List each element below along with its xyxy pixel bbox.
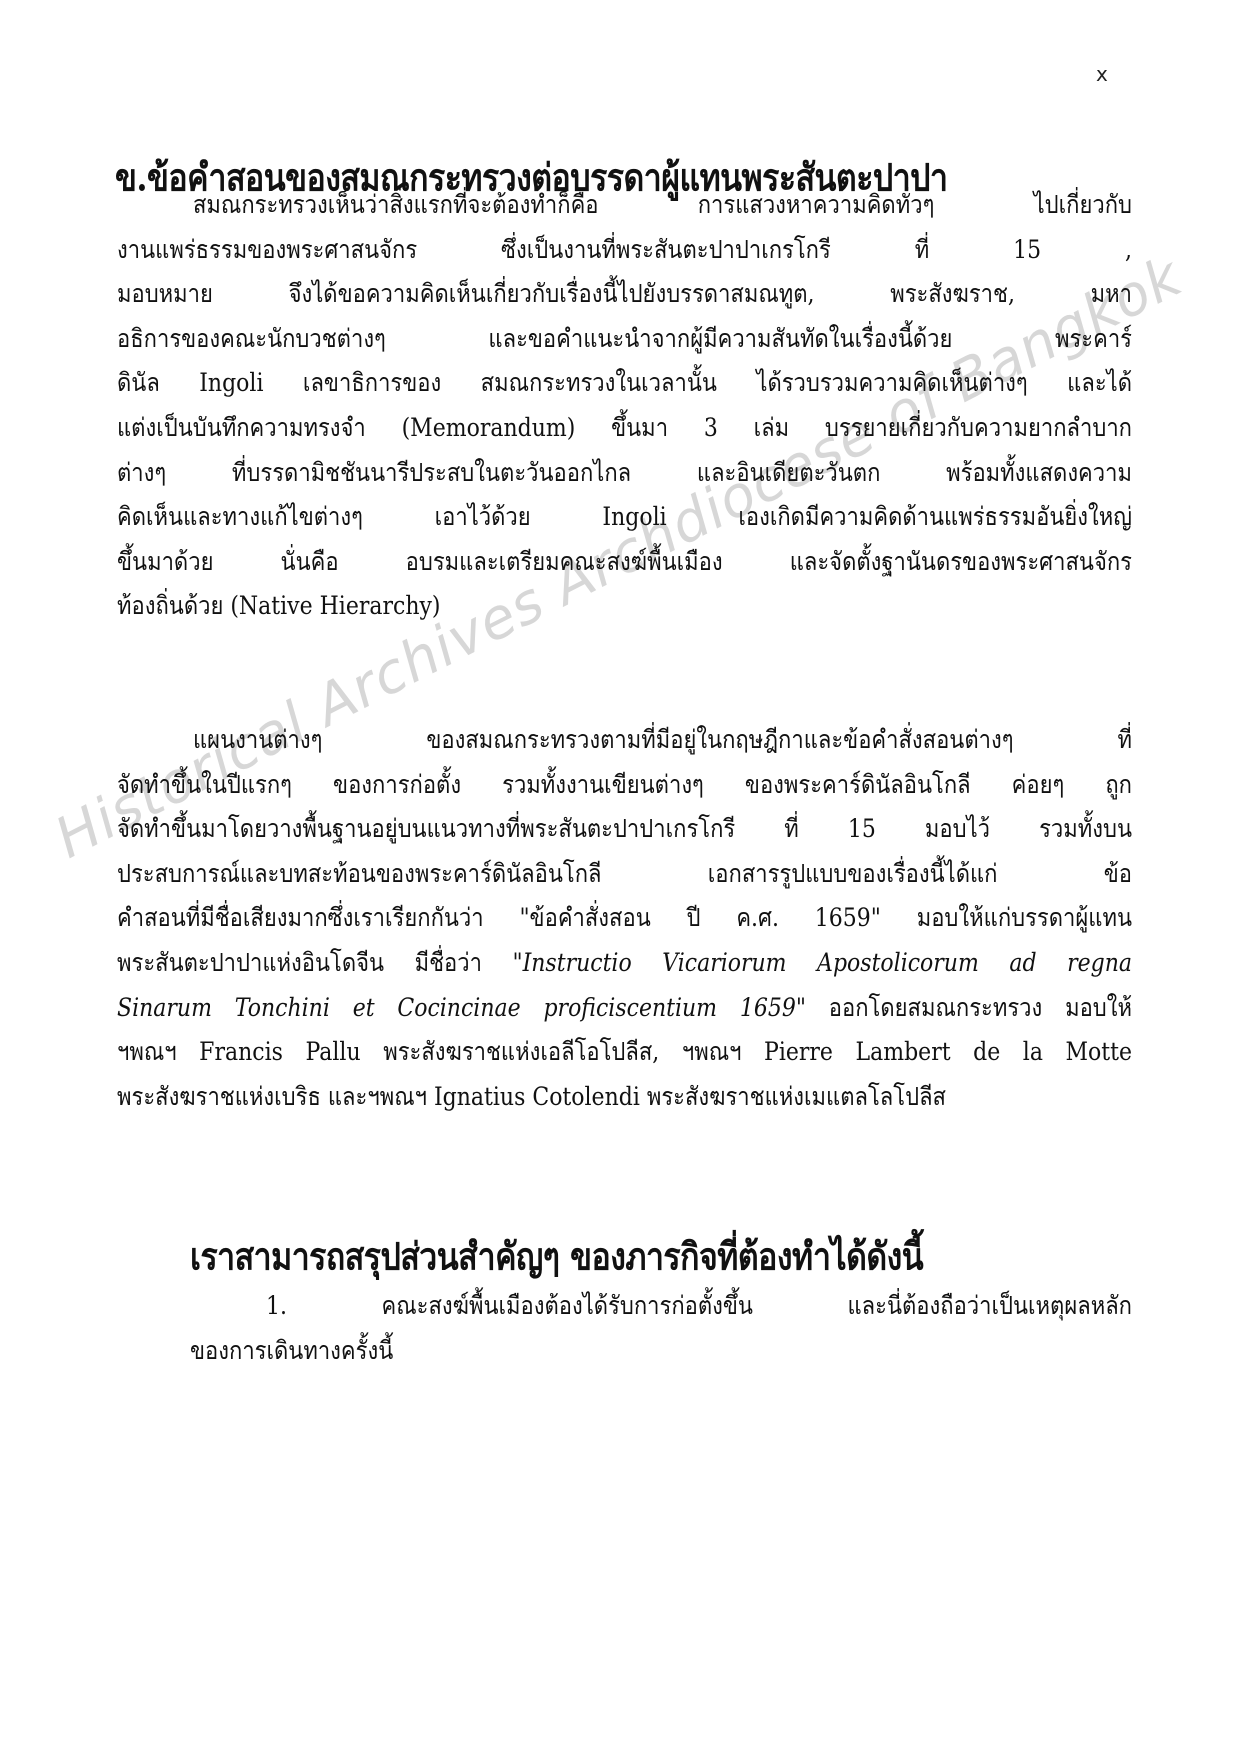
paragraph-line: ฯพณฯ Francis Pallu พระสังฆราชแห่งเอลีโอโ… — [117, 1028, 1132, 1079]
list-item: 1. คณะสงฆ์พื้นเมืองต้องได้รับการก่อตั้งข… — [190, 1282, 1132, 1333]
thai-text: พระสันตะปาปาแห่งอินโดจีน มีชื่อว่า — [117, 949, 512, 978]
paragraph-line: คิดเห็นและทางแก้ไขต่างๆ เอาไว้ด้วย Ingol… — [117, 493, 1132, 544]
paragraph-1: สมณกระทรวงเห็นว่าสิ่งแรกที่จะต้องทำก็คือ… — [117, 184, 1132, 630]
paragraph-line: พระสันตะปาปาแห่งอินโดจีน มีชื่อว่า "Inst… — [117, 939, 1132, 990]
latin-title: Sinarum Tonchini et Cocincinae proficisc… — [117, 994, 806, 1023]
list-item-continuation: ของการเดินทางครั้งนี้ — [190, 1326, 1132, 1377]
paragraph-line: คำสอนที่มีชื่อเสียงมากซึ่งเราเรียกกันว่า… — [117, 894, 1132, 945]
summary-heading: เราสามารถสรุปส่วนสำคัญๆ ของภารกิจที่ต้อง… — [190, 1227, 923, 1287]
paragraph-line: มอบหมาย จึงได้ขอความคิดเห็นเกี่ยวกับเรื่… — [117, 270, 1132, 321]
paragraph-line: สมณกระทรวงเห็นว่าสิ่งแรกที่จะต้องทำก็คือ… — [117, 181, 1132, 232]
summary-list: 1. คณะสงฆ์พื้นเมืองต้องได้รับการก่อตั้งข… — [190, 1285, 1132, 1374]
paragraph-line: จัดทำขึ้นมาโดยวางพื้นฐานอยู่บนแนวทางที่พ… — [117, 805, 1132, 856]
paragraph-line: แต่งเป็นบันทึกความทรงจำ (Memorandum) ขึ้… — [117, 404, 1132, 455]
latin-title: "Instructio Vicariorum Apostolicorum ad … — [512, 949, 1132, 978]
paragraph-line: ท้องถิ่นด้วย (Native Hierarchy) — [117, 582, 1132, 633]
paragraph-2: แผนงานต่างๆ ของสมณกระทรวงตามที่มีอยู่ในก… — [117, 719, 1132, 1120]
paragraph-line: แผนงานต่างๆ ของสมณกระทรวงตามที่มีอยู่ในก… — [117, 716, 1132, 767]
paragraph-line: พระสังฆราชแห่งเบริธ และฯพณฯ Ignatius Cot… — [117, 1072, 1132, 1123]
thai-text: ออกโดยสมณกระทรวง มอบให้ — [806, 994, 1132, 1023]
page-number: x — [1096, 62, 1108, 86]
paragraph-line: ดินัล Ingoli เลขาธิการของ สมณกระทรวงในเว… — [117, 359, 1132, 410]
